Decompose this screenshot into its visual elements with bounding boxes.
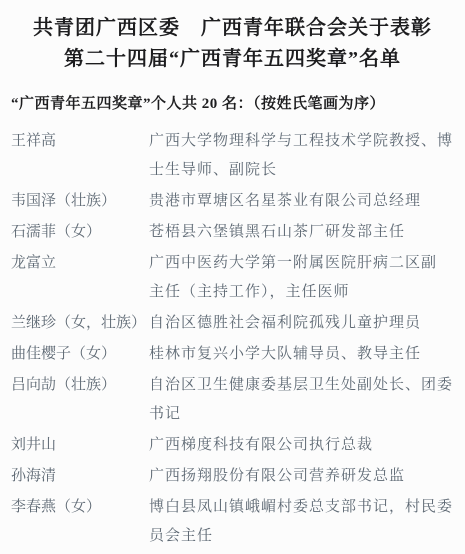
awardee-position: 博白县凤山镇峨嵋村委总支部书记，村民委 员会主任	[149, 493, 454, 551]
awardee-row: 韦国泽（壮族） 贵港市覃塘区名星茶业有限公司总经理	[11, 187, 454, 216]
awardee-position: 贵港市覃塘区名星茶业有限公司总经理	[149, 187, 454, 216]
awardee-name: 石濡菲（女）	[11, 218, 149, 247]
awardee-row: 李春燕（女） 博白县凤山镇峨嵋村委总支部书记，村民委 员会主任	[11, 493, 454, 551]
awardee-position: 广西梯度科技有限公司执行总裁	[149, 431, 454, 460]
awardee-row: 王祥高 广西大学物理科学与工程技术学院教授、博 士生导师、副院长	[11, 127, 454, 185]
awardee-row: 龙富立 广西中医药大学第一附属医院肝病二区副 主任（主持工作），主任医师	[11, 249, 454, 307]
awardee-position: 桂林市复兴小学大队辅导员、教导主任	[149, 340, 454, 369]
awardee-name: 兰继珍（女，壮族）	[11, 309, 149, 338]
awardee-name: 王祥高	[11, 127, 149, 156]
awardee-row: 孙海清 广西扬翔股份有限公司营养研发总监	[11, 462, 454, 491]
awardee-list: 王祥高 广西大学物理科学与工程技术学院教授、博 士生导师、副院长 韦国泽（壮族）…	[11, 127, 454, 551]
document-title-line1: 共青团广西区委 广西青年联合会关于表彰	[11, 13, 454, 44]
awardee-position: 自治区卫生健康委基层卫生处副处长、团委 书记	[149, 371, 454, 429]
awardee-name: 韦国泽（壮族）	[11, 187, 149, 216]
awardee-name: 吕向劼（壮族）	[11, 371, 149, 400]
awardee-name: 曲佳樱子（女）	[11, 340, 149, 369]
awardee-row: 石濡菲（女） 苍梧县六堡镇黑石山茶厂研发部主任	[11, 218, 454, 247]
document-title-line2: 第二十四届“广西青年五四奖章”名单	[11, 44, 454, 75]
awardee-position: 广西中医药大学第一附属医院肝病二区副 主任（主持工作），主任医师	[149, 249, 454, 307]
document-page: 共青团广西区委 广西青年联合会关于表彰 第二十四届“广西青年五四奖章”名单 “广…	[0, 0, 465, 554]
awardee-row: 兰继珍（女，壮族） 自治区德胜社会福利院孤残儿童护理员	[11, 309, 454, 338]
document-subtitle: “广西青年五四奖章”个人共 20 名：（按姓氏笔画为序）	[11, 93, 454, 115]
awardee-position: 自治区德胜社会福利院孤残儿童护理员	[149, 309, 454, 338]
awardee-row: 曲佳樱子（女） 桂林市复兴小学大队辅导员、教导主任	[11, 340, 454, 369]
awardee-name: 孙海清	[11, 462, 149, 491]
document-title: 共青团广西区委 广西青年联合会关于表彰 第二十四届“广西青年五四奖章”名单	[11, 13, 454, 75]
awardee-position: 广西大学物理科学与工程技术学院教授、博 士生导师、副院长	[149, 127, 454, 185]
awardee-position: 苍梧县六堡镇黑石山茶厂研发部主任	[149, 218, 454, 247]
awardee-name: 龙富立	[11, 249, 149, 278]
awardee-name: 刘井山	[11, 431, 149, 460]
awardee-position: 广西扬翔股份有限公司营养研发总监	[149, 462, 454, 491]
awardee-row: 吕向劼（壮族） 自治区卫生健康委基层卫生处副处长、团委 书记	[11, 371, 454, 429]
awardee-name: 李春燕（女）	[11, 493, 149, 522]
awardee-row: 刘井山 广西梯度科技有限公司执行总裁	[11, 431, 454, 460]
